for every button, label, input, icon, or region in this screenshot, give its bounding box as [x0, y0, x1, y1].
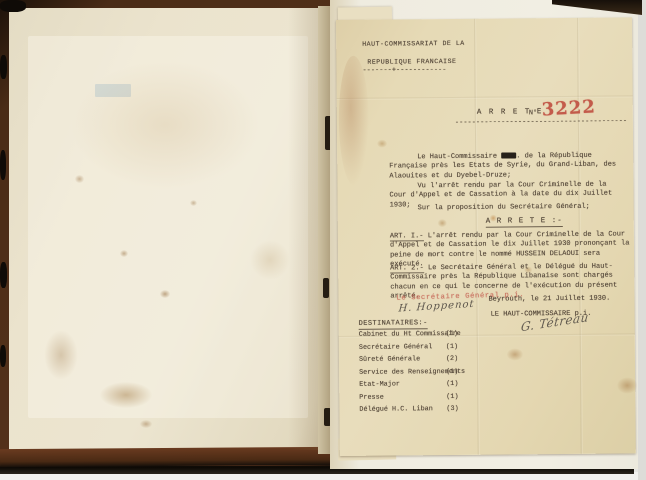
list-item: Service des Renseignements(1)	[359, 367, 489, 376]
arrete-heading: A R R E T E :-	[486, 217, 563, 228]
article-2-label: ART. 2.-	[390, 264, 424, 273]
cover-corner-wear	[0, 0, 26, 12]
article-1-label: ART. I.-	[390, 232, 424, 241]
list-item: Délégué H.C. Liban(3)	[359, 405, 489, 414]
list-item: Presse(1)	[359, 392, 489, 401]
sheet-stain	[507, 348, 523, 360]
paragraph-preamble: Le Haut-Commissaire . de la République F…	[389, 151, 627, 181]
letterhead-rule: -------+------------	[362, 66, 446, 75]
redaction-mark	[501, 152, 516, 158]
foxing-spot	[140, 420, 152, 428]
endpaper-stain	[250, 240, 290, 280]
sheet-stain	[377, 140, 387, 148]
cover-wear-mark	[0, 262, 7, 288]
list-item: Sûreté Générale(2)	[359, 355, 489, 364]
foxing-spot	[120, 250, 128, 257]
arrete-document-sheet: HAUT-COMMISSARIAT DE LA REPUBLIQUE FRANC…	[336, 17, 636, 456]
list-item: Secrétaire Général(1)	[359, 342, 489, 351]
endpaper-stain	[44, 330, 78, 380]
sheet-stain	[438, 219, 447, 227]
foxing-spot	[160, 290, 170, 298]
list-item: Etat-Major(1)	[359, 380, 489, 389]
paragraph-text: Le Haut-Commissaire	[417, 153, 497, 162]
endpaper-stain	[70, 60, 260, 190]
destinataires-list: Cabinet du Ht Commissaire(1) Secrétaire …	[359, 330, 490, 423]
cover-wear-mark	[0, 55, 7, 79]
sheet-stain	[338, 56, 369, 186]
foxing-spot	[190, 200, 197, 206]
title-rule: ----------------------------------------…	[455, 117, 627, 127]
foxing-spot	[75, 175, 84, 183]
letterhead-line2: REPUBLIQUE FRANCAISE	[367, 58, 456, 66]
scanned-document-page: HAUT-COMMISSARIAT DE LA REPUBLIQUE FRANC…	[0, 0, 646, 480]
sheet-stain	[617, 377, 637, 393]
list-item: Cabinet du Ht Commissaire(1)	[359, 330, 489, 339]
cover-bottom-band	[0, 447, 330, 467]
letterhead-line1: HAUT-COMMISSARIAT DE LA	[362, 40, 465, 48]
arrete-number-prefix: N°	[529, 109, 537, 117]
cover-wear-mark	[0, 150, 6, 180]
dateline: Beyrouth, le 21 Juillet 1930.	[488, 295, 610, 304]
cover-wear-mark	[0, 345, 6, 367]
photo-background-right	[638, 0, 646, 480]
binding-slot	[323, 278, 329, 298]
destinataires-heading: DESTINATAIRES:-	[359, 319, 428, 330]
paragraph-proposition: Sur la proposition du Secrétaire Général…	[418, 202, 638, 213]
endpaper-stain	[100, 382, 152, 408]
